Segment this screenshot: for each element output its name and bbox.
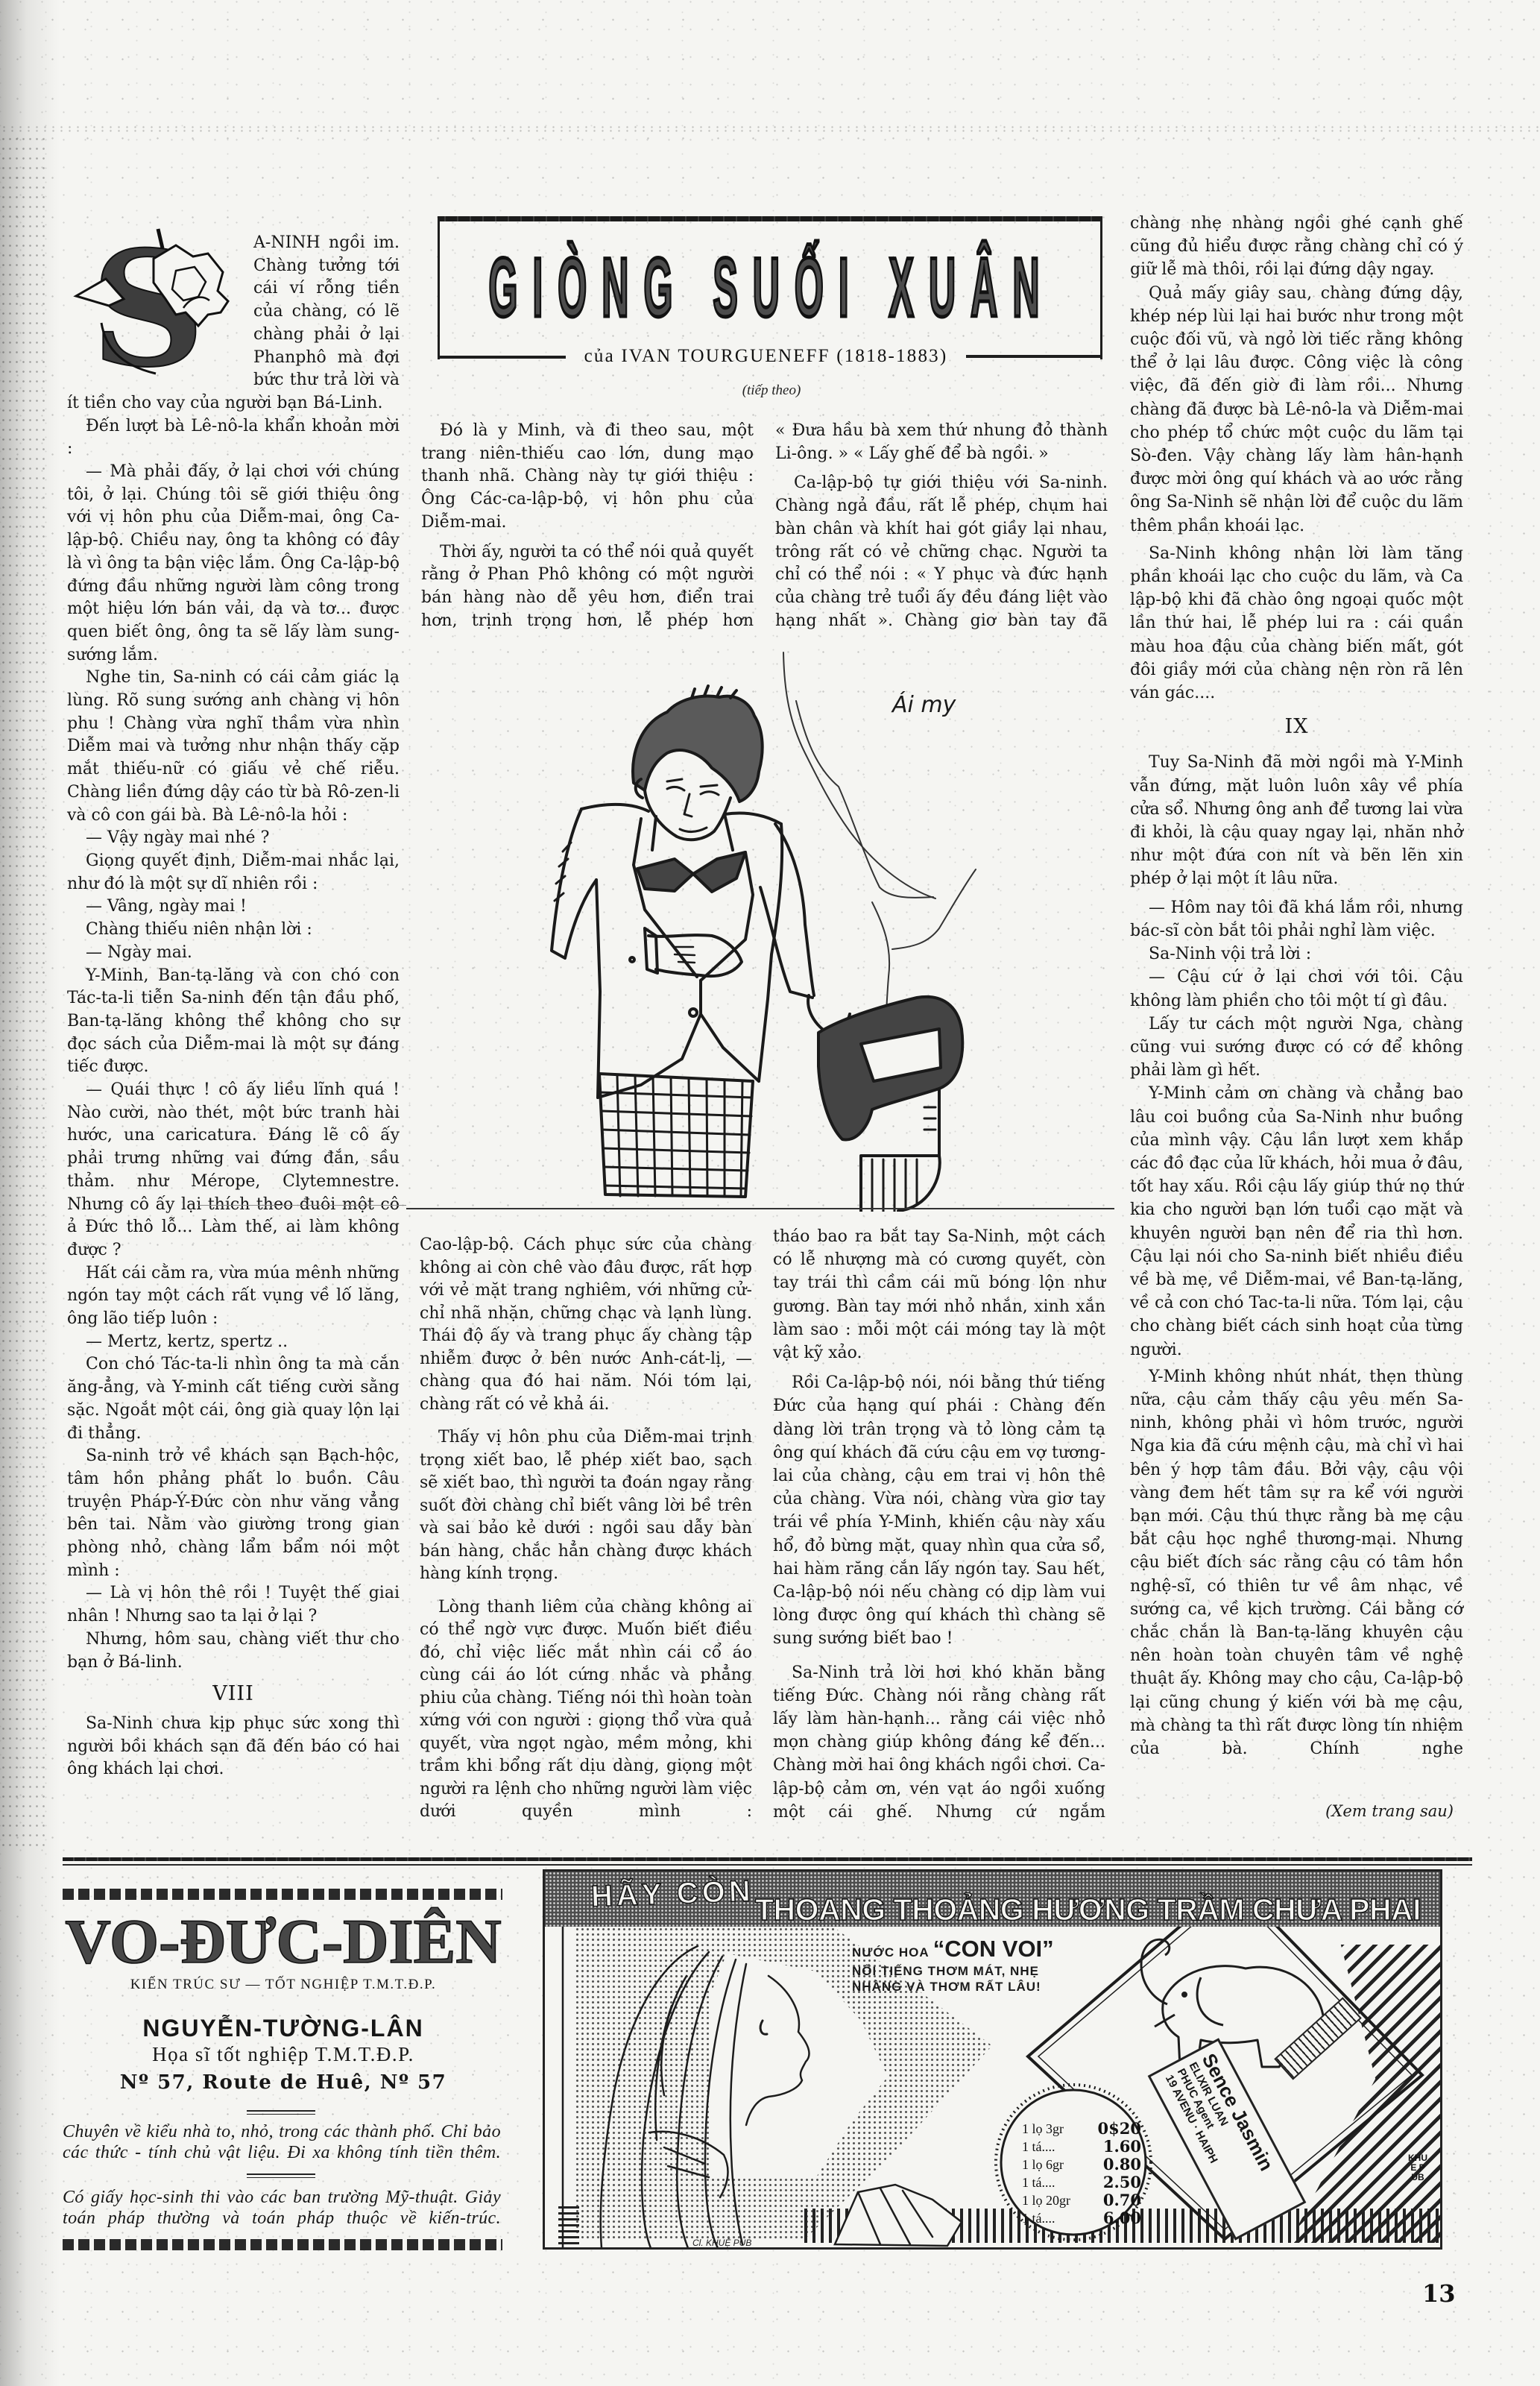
tagline-1: NỔI TIẾNG THƠM MÁT, NHẸ	[852, 1963, 1083, 1979]
paragraph: Hất cái cằm ra, vừa múa mênh những ngón …	[67, 1262, 400, 1331]
paragraph: — Mà phải đấy, ở lại chơi với chúng tôi,…	[67, 461, 400, 667]
address: Nº 57, Route de Huê, Nº 57	[63, 2071, 504, 2094]
paragraph: Giọng quyết định, Diễm-mai nhắc lại, như…	[67, 850, 400, 895]
article-column-3-top: « Đưa hầu bà xem thứ nhung đỏ thành Li-ô…	[775, 420, 1108, 632]
partner-title: Họa sĩ tốt nghiệp T.M.T.Đ.P.	[63, 2043, 504, 2065]
headline-banner: HÃY CÒN THOANG THOẢNG HƯƠNG TRẦM CHƯA PH…	[545, 1872, 1442, 1927]
ornament-border-bottom	[63, 2239, 502, 2250]
paragraph: Nghe tin, Sa-ninh có cái cảm giác lạ lùn…	[67, 667, 400, 827]
paragraph: Sa-Ninh trả lời hơi khó khăn bằng tiếng …	[773, 1661, 1105, 1824]
paragraph: Rồi Ca-lập-bộ nói, nói bằng thứ tiếng Đứ…	[773, 1371, 1105, 1650]
paragraph: — Mertz, kertz, spertz ..	[67, 1331, 400, 1354]
paragraph: Nhưng, hôm sau, chàng viết thư cho bạn ở…	[67, 1628, 400, 1674]
article-column-2-top: Đó là y Minh, và đi theo sau, một trang …	[421, 420, 754, 632]
story-illustration: Ái my	[522, 641, 1103, 1212]
short-divider	[247, 2110, 315, 2115]
artist-credit: Cl. KHUỆ PUB	[692, 2238, 751, 2248]
title-box-left-rule	[438, 216, 440, 359]
paragraph: Sa-Ninh vội trả lời :	[1130, 942, 1463, 966]
paragraph: Thấy vị hôn phu của Diễm-mai trịnh trọng…	[420, 1426, 752, 1586]
perfume-advertisement: HÃY CÒN THOANG THOẢNG HƯƠNG TRẦM CHƯA PH…	[543, 1869, 1442, 2250]
headline-line-2: THOANG THOẢNG HƯƠNG TRẦM CHƯA PHAI	[755, 1894, 1421, 1925]
paragraph: Quả mấy giây sau, chàng đứng dậy, khép n…	[1130, 282, 1463, 538]
paragraph: Sa-ninh trở về khách sạn Bạch-hộc, tâm h…	[67, 1445, 400, 1582]
price-list: 1 lọ 3gr0$20 1 tá....1.60 1 lọ 6gr0.80 1…	[1022, 2120, 1141, 2227]
product-name: “CON VOI”	[933, 1936, 1054, 1962]
ornament-border-top	[63, 1889, 502, 1900]
illustration-signature: Ái my	[891, 691, 957, 718]
paragraph: Tuy Sa-Ninh đã mời ngồi mà Y-Minh vẫn đứ…	[1130, 751, 1463, 890]
article-column-3-bottom: tháo bao ra bắt tay Sa-Ninh, một cách có…	[773, 1225, 1105, 1824]
paragraph: — Cậu cứ ở lại chơi với tôi. Cậu không l…	[1130, 966, 1463, 1012]
article-column-1: S A-NINH ngồi im. Chàng tưởng tới cái ví…	[67, 232, 400, 1781]
tagline-2: NHÀNG VÀ THƠM RẤT LÂU!	[852, 1979, 1083, 1995]
scan-top-band	[0, 125, 1540, 133]
paragraph: Y-Minh cảm ơn chàng và chẳng bao lâu coi…	[1130, 1082, 1463, 1361]
architect-title: KIẾN TRÚC SƯ — TỐT NGHIỆP T.M.T.Đ.P.	[63, 1976, 504, 1994]
paragraph: Y-Minh, Ban-tạ-lăng và con chó con Tác-t…	[67, 965, 400, 1080]
paragraph: Ca-lập-bộ tự giới thiệu với Sa-ninh. Chà…	[775, 472, 1108, 632]
paragraph: — Quái thực ! cô ấy liều lĩnh quá ! Nào …	[67, 1079, 400, 1262]
price-row: 1 tá....6.00	[1022, 2209, 1141, 2227]
paragraph: Lòng thanh liêm của chàng không ai có th…	[420, 1596, 752, 1824]
price-row: 1 lọ 3gr0$20	[1022, 2120, 1141, 2138]
article-column-4: chàng nhẹ nhàng ngồi ghé cạnh ghế cũng đ…	[1130, 212, 1463, 1760]
title-box-right-rule	[1100, 216, 1102, 359]
architect-name: VO-ĐƯC-DIÊN	[63, 1912, 504, 1971]
paragraph: Chàng thiếu niên nhận lời :	[67, 919, 400, 942]
paragraph: — Vậy ngày mai nhé ?	[67, 827, 400, 850]
paragraph: Thời ấy, người ta có thể nói quả quyết r…	[421, 541, 754, 633]
paragraph: « Đưa hầu bà xem thứ nhung đỏ thành Li-ô…	[775, 420, 1108, 465]
paragraph: — Ngày mai.	[67, 942, 400, 965]
paragraph: Cao-lập-bộ. Cách phục sức của chàng khôn…	[420, 1234, 752, 1416]
paragraph: Lấy tư cách một người Nga, chàng cũng vu…	[1130, 1013, 1463, 1083]
price-row: 1 tá....1.60	[1022, 2138, 1141, 2156]
section-heading-viii: VIII	[67, 1683, 400, 1706]
newspaper-page: GIÒNG SUỐI XUÂN của IVAN TOURGUENEFF (18…	[0, 0, 1540, 2386]
title-box-bottom-rule-right	[966, 355, 1102, 358]
paragraph: — Hôm nay tôi đã khá lắm rồi, nhưng bác-…	[1130, 896, 1463, 942]
product-prefix: NƯỚC HOA	[852, 1945, 929, 1960]
paragraph: Y-Minh không nhút nhát, thẹn thùng nữa, …	[1130, 1365, 1463, 1760]
paragraph: Sa-Ninh không nhận lời làm tăng phần kho…	[1130, 542, 1463, 705]
services-description: Chuyên về kiểu nhà to, nhỏ, trong các th…	[63, 2121, 501, 2163]
headline-line-1: HÃY CÒN	[590, 1876, 754, 1912]
title-box-bottom-rule-left	[438, 356, 566, 359]
story-title: GIÒNG SUỐI XUÂN	[474, 246, 1055, 330]
ads-top-rule-thin	[63, 1864, 1472, 1866]
price-row: 1 tá....2.50	[1022, 2173, 1141, 2191]
paragraph: — Vâng, ngày mai !	[67, 895, 400, 919]
architect-advertisement: VO-ĐƯC-DIÊN KIẾN TRÚC SƯ — TỐT NGHIỆP T.…	[63, 1883, 504, 2253]
scan-line-artifact	[198, 1205, 406, 1206]
paragraph: — Là vị hôn thê rồi ! Tuyệt thế giai nhâ…	[67, 1582, 400, 1628]
page-number: 13	[1422, 2280, 1456, 2307]
article-column-2-bottom: Cao-lập-bộ. Cách phục sức của chàng khôn…	[420, 1234, 752, 1824]
paragraph: Đó là y Minh, và đi theo sau, một trang …	[421, 420, 754, 535]
paragraph: Con chó Tác-ta-li nhìn ông ta mà cắn ăng…	[67, 1353, 400, 1445]
paragraph: chàng nhẹ nhàng ngồi ghé cạnh ghế cũng đ…	[1130, 212, 1463, 282]
section-heading-ix: IX	[1130, 715, 1463, 738]
story-byline: của IVAN TOURGUENEFF (1818-1883)	[563, 345, 969, 368]
continued-from-note: (tiếp theo)	[723, 382, 820, 400]
tutoring-description: Có giấy học-sinh thi vào các ban trường …	[63, 2187, 501, 2229]
short-divider	[247, 2173, 315, 2178]
paragraph: tháo bao ra bắt tay Sa-Ninh, một cách có…	[773, 1225, 1105, 1364]
title-box-top-rule	[438, 216, 1102, 221]
paragraph: Đến lượt bà Lê-nô-la khẩn khoản mời :	[67, 415, 400, 461]
agency-credit-vertical: KHUE PUB	[1408, 2153, 1427, 2182]
ornamental-s-flower-icon: S	[72, 226, 237, 386]
price-row: 1 lọ 6gr0.80	[1022, 2156, 1141, 2173]
illustration-bottom-rule	[406, 1208, 1114, 1209]
product-text: NƯỚC HOA “CON VOI” NỔI TIẾNG THƠM MÁT, N…	[852, 1939, 1083, 1995]
continued-on-next-page: (Xem trang sau)	[1319, 1801, 1454, 1821]
scan-edge-speckle	[0, 134, 45, 1849]
price-row: 1 lọ 20gr0.70	[1022, 2191, 1141, 2209]
paragraph: Sa-Ninh chưa kịp phục sức xong thì người…	[67, 1713, 400, 1781]
drop-cap-ornament: S	[67, 232, 253, 390]
partner-name: NGUYỄN-TƯỜNG-LÂN	[63, 2015, 504, 2042]
ads-top-rule	[63, 1857, 1472, 1861]
